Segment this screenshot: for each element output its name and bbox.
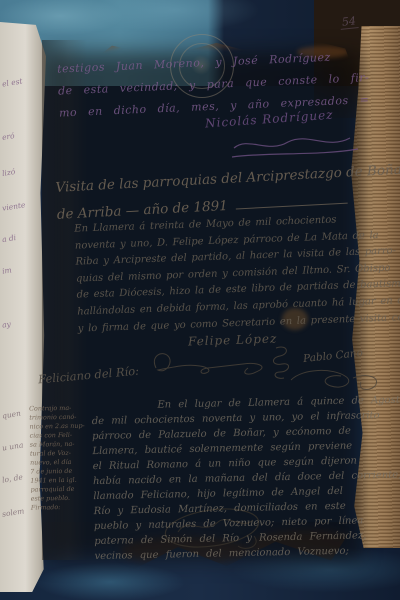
handwritten-line: ay — [1, 319, 11, 329]
handwritten-line: u una — [1, 440, 24, 452]
handwritten-line: im — [1, 265, 12, 275]
visita-act-text: En Llamera á treinta de Mayo de mil ocho… — [74, 210, 398, 337]
handwritten-line: eró — [1, 131, 15, 142]
handwritten-line: Firmado: — [31, 502, 99, 512]
handwritten-line: el est — [1, 76, 23, 88]
handwritten-line: solem — [1, 506, 24, 518]
photo-of-baptism-register: el esterólizóvientea diimayquenu unalo, … — [0, 0, 400, 600]
baptism-entry-text: En el lugar de Llamera á quince de Agost… — [91, 393, 388, 564]
handwritten-line: lizó — [1, 167, 16, 178]
page-number: 54 — [339, 14, 358, 30]
handwritten-line: a di — [1, 233, 16, 244]
marriage-margin-note: Contrajo ma-trimonio canó-nico en 2.as n… — [29, 403, 99, 512]
heading-underline — [236, 203, 348, 210]
signature-rubric-flourish — [228, 128, 363, 162]
secretary-rubric-flourish — [283, 362, 388, 394]
handwritten-line: viente — [1, 200, 25, 213]
handwritten-line: lo, de — [1, 472, 23, 484]
handwritten-line: quen — [1, 409, 21, 421]
